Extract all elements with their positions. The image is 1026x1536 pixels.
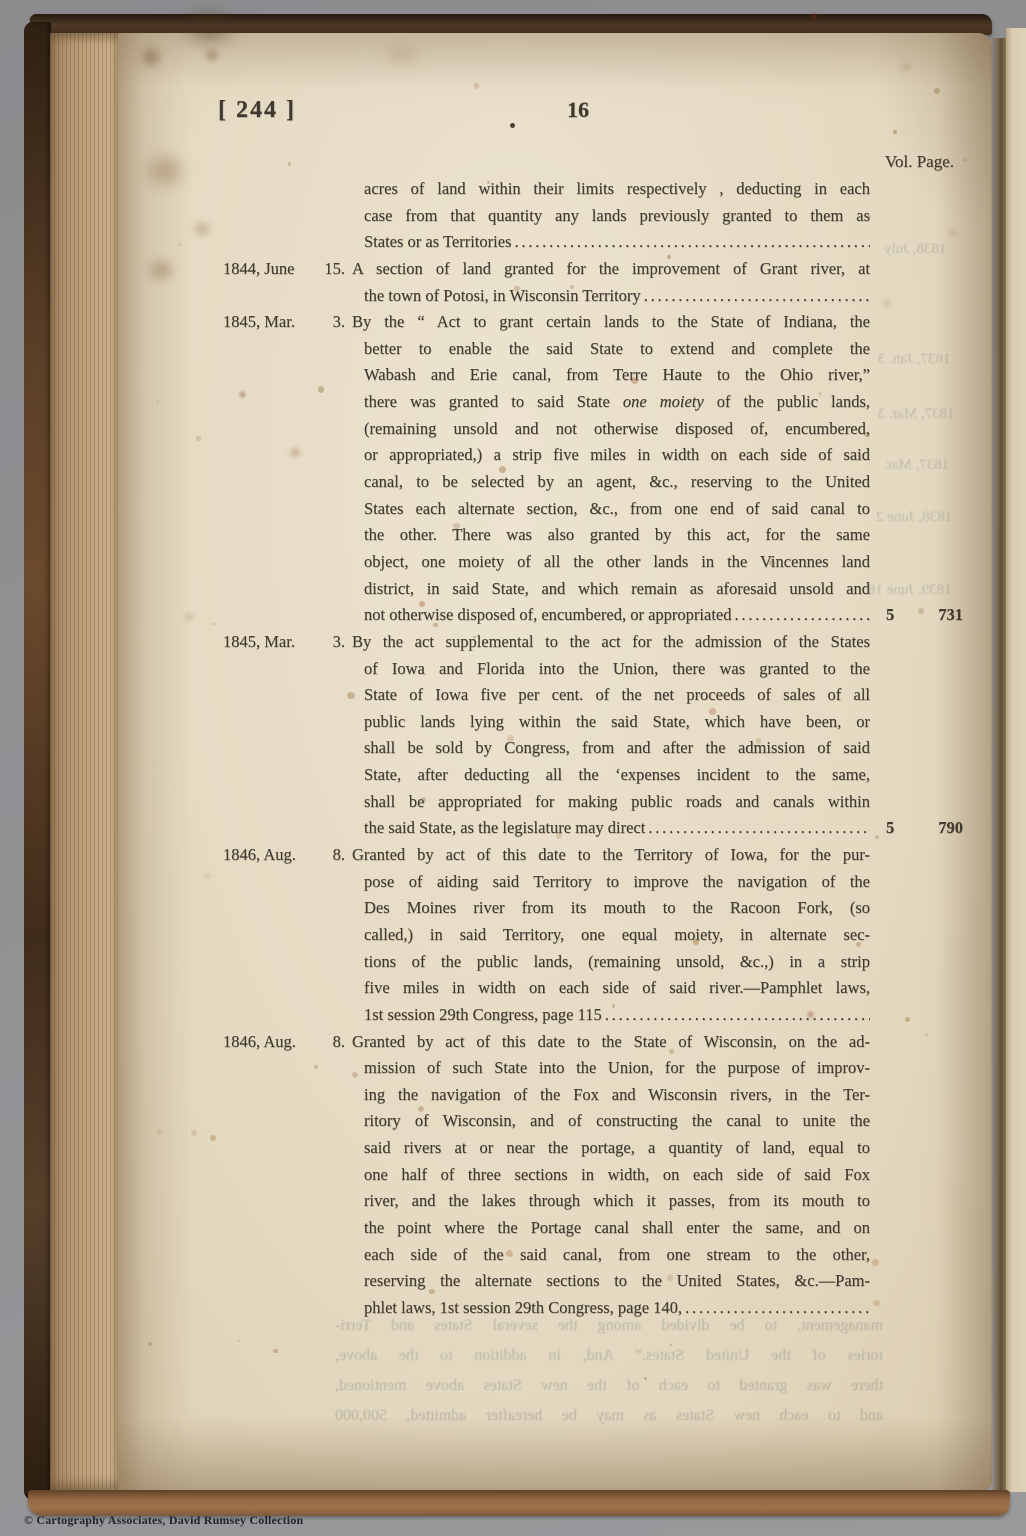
entry-line: better to enable the said State to exten… xyxy=(350,336,870,363)
entry-line: acres of land within their limits respec… xyxy=(350,176,870,203)
dot-leader: ........................................… xyxy=(511,229,870,256)
text-run: there was granted to said State xyxy=(364,392,623,411)
entry-line: Granted by act of this date to the State… xyxy=(350,1029,870,1056)
entry-date: 1846, Aug.8. xyxy=(223,1029,350,1056)
adjacent-page-edge xyxy=(1006,28,1026,1492)
entry-line: the other. There was also granted by thi… xyxy=(350,522,870,549)
text-run: of Iowa and Florida into the Union, ther… xyxy=(364,659,870,678)
ledger-entry: acres of land within their limits respec… xyxy=(223,176,965,256)
entry-text: Granted by act of this date to the Terri… xyxy=(350,842,870,1028)
entry-date: 1845, Mar.3. xyxy=(223,629,350,656)
entry-line: case from that quantity any lands previo… xyxy=(350,203,870,230)
photo-backdrop: [ 244 ] 16 Vol. Page. acres of land with… xyxy=(0,0,1026,1536)
column-header-vol-page: Vol. Page. xyxy=(885,152,954,172)
speckle xyxy=(288,162,291,165)
text-run: of the public lands, xyxy=(704,392,870,411)
entry-line: reserving the alternate sections to the … xyxy=(350,1268,870,1295)
text-run: case from that quantity any lands previo… xyxy=(364,206,870,225)
text-run: mission of such State into the Union, fo… xyxy=(364,1058,870,1077)
entry-line: the town of Potosi, in Wisconsin Territo… xyxy=(350,283,870,310)
dot-leader: ........................................… xyxy=(682,1295,870,1322)
entry-line: the point where the Portage canal shall … xyxy=(350,1215,870,1242)
entry-line-text: the said State, as the legislature may d… xyxy=(364,815,645,842)
text-run: one half of three sections in width, on … xyxy=(364,1165,870,1184)
italic-phrase: one moiety xyxy=(623,392,704,411)
entry-line: (remaining unsold and not otherwise disp… xyxy=(350,416,870,443)
entry-date-main: 1845, Mar. xyxy=(223,629,295,656)
entry-date-day: 8. xyxy=(333,842,345,869)
entry-line: tions of the public lands, (remaining un… xyxy=(350,949,870,976)
book-cover-spine xyxy=(24,22,51,1500)
text-run: the point where the Portage canal shall … xyxy=(364,1218,870,1237)
entry-line: one half of three sections in width, on … xyxy=(350,1162,870,1189)
text-run: object, one moiety of all the other land… xyxy=(364,552,870,571)
entry-line: States or as Territories................… xyxy=(350,229,870,256)
dot-leader: ........................................… xyxy=(641,283,870,310)
book-cover-top-edge xyxy=(30,14,992,35)
text-run: or appropriated,) a strip five miles in … xyxy=(364,445,870,464)
entry-line: A section of land granted for the improv… xyxy=(350,256,870,283)
entry-date-main: 1844, June xyxy=(223,256,295,283)
speckle xyxy=(212,623,215,626)
copyright-caption: © Cartography Associates, David Rumsey C… xyxy=(24,1513,303,1528)
entry-line-text: phlet laws, 1st session 29th Congress, p… xyxy=(364,1295,682,1322)
ledger-entry: 1845, Mar.3.By the act supplemental to t… xyxy=(223,629,965,842)
entry-line: each side of the said canal, from one st… xyxy=(350,1242,870,1269)
entry-date: 1845, Mar.3. xyxy=(223,309,350,336)
entry-text: By the act supplemental to the act for t… xyxy=(350,629,870,842)
ledger-entry: 1845, Mar.3.By the “ Act to grant certai… xyxy=(223,309,965,629)
entry-line: not otherwise disposed of, encumbered, o… xyxy=(350,602,870,629)
entry-date xyxy=(223,176,350,203)
ledger-entry: 1846, Aug.8.Granted by act of this date … xyxy=(223,842,965,1028)
entry-date: 1844, June15. xyxy=(223,256,350,283)
text-run: the said State, as the legislature may d… xyxy=(364,818,645,837)
text-run: By the “ Act to grant certain lands to t… xyxy=(352,312,870,331)
speckle xyxy=(238,1340,241,1343)
entry-date-day: 15. xyxy=(324,256,345,283)
speckle xyxy=(196,436,201,441)
entry-line: State of Iowa five per cent. of the net … xyxy=(350,682,870,709)
entry-line: the said State, as the legislature may d… xyxy=(350,815,870,842)
text-run: reserving the alternate sections to the … xyxy=(364,1271,870,1290)
text-run: tions of the public lands, (remaining un… xyxy=(364,952,870,971)
ghost-line: there was granted to each of the new Sta… xyxy=(335,1377,883,1407)
text-run: A section of land granted for the improv… xyxy=(352,259,870,278)
entry-line: there was granted to said State one moie… xyxy=(350,389,870,416)
speckle xyxy=(670,1344,672,1346)
text-run: canal, to be selected by an agent, &c., … xyxy=(364,472,870,491)
text-run: each side of the said canal, from one st… xyxy=(364,1245,870,1264)
speckle xyxy=(148,1342,152,1346)
text-run: 1st session 29th Congress, page 115 xyxy=(364,1005,602,1024)
text-run: States or as Territories xyxy=(364,232,511,251)
text-run: ing the navigation of the Fox and Wiscon… xyxy=(364,1085,870,1104)
text-run: better to enable the said State to exten… xyxy=(364,339,870,358)
volume-number: 5 xyxy=(886,602,894,629)
entry-line: five miles in width on each side of said… xyxy=(350,975,870,1002)
entry-text: Granted by act of this date to the State… xyxy=(350,1029,870,1322)
entry-line: public lands lying within the said State… xyxy=(350,709,870,736)
speckle xyxy=(474,83,480,89)
entry-text: By the “ Act to grant certain lands to t… xyxy=(350,309,870,629)
ghost-line: and to each new States as may be hereaft… xyxy=(335,1407,883,1437)
ledger-entry: 1846, Aug.8.Granted by act of this date … xyxy=(223,1029,965,1322)
text-run: Des Moines river from its mouth to the R… xyxy=(364,898,870,917)
bracket-page-number: [ 244 ] xyxy=(218,97,296,124)
entry-line-text: States or as Territories xyxy=(364,229,511,256)
entry-line: ritory of Wisconsin, and of constructing… xyxy=(350,1108,870,1135)
speckle xyxy=(893,130,897,134)
text-run: said rivers at or near the portage, a qu… xyxy=(364,1138,870,1157)
entry-line: Granted by act of this date to the Terri… xyxy=(350,842,870,869)
speckle xyxy=(191,1130,197,1136)
book-page: [ 244 ] 16 Vol. Page. acres of land with… xyxy=(118,33,992,1491)
entry-line: object, one moiety of all the other land… xyxy=(350,549,870,576)
speckle xyxy=(963,158,967,162)
entry-text: A section of land granted for the improv… xyxy=(350,256,870,309)
entry-date-main: 1845, Mar. xyxy=(223,309,295,336)
text-run: not otherwise disposed of, encumbered, o… xyxy=(364,605,731,624)
entry-line: said rivers at or near the portage, a qu… xyxy=(350,1135,870,1162)
text-run: Granted by act of this date to the State… xyxy=(352,1032,870,1051)
entry-line: called,) in said Territory, one equal mo… xyxy=(350,922,870,949)
entry-line: 1st session 29th Congress, page 115.....… xyxy=(350,1002,870,1029)
text-run: By the act supplemental to the act for t… xyxy=(352,632,870,651)
text-run: river, and the lakes through which it pa… xyxy=(364,1191,870,1210)
speckle xyxy=(934,88,940,94)
entry-line: Des Moines river from its mouth to the R… xyxy=(350,895,870,922)
dot-leader: ........................................… xyxy=(731,602,870,629)
entry-line: or appropriated,) a strip five miles in … xyxy=(350,442,870,469)
text-run: ritory of Wisconsin, and of constructing… xyxy=(364,1111,870,1130)
entry-line: State, after deducting all the ‘expenses… xyxy=(350,762,870,789)
text-run: the town of Potosi, in Wisconsin Territo… xyxy=(364,286,641,305)
text-run: public lands lying within the said State… xyxy=(364,712,870,731)
page-reference-number: 790 xyxy=(918,815,963,842)
printed-page-number: 16 xyxy=(548,97,608,123)
entry-line: Wabash and Erie canal, from Terre Haute … xyxy=(350,362,870,389)
entry-date-main: 1846, Aug. xyxy=(223,842,296,869)
speckle xyxy=(157,401,159,403)
entry-date-day: 3. xyxy=(333,629,345,656)
speckle xyxy=(178,243,180,245)
entry-date-day: 3. xyxy=(333,309,345,336)
speckle xyxy=(644,1377,647,1380)
entry-line: mission of such State into the Union, fo… xyxy=(350,1055,870,1082)
text-run: shall be appropriated for making public … xyxy=(364,792,870,811)
entry-line: States each alternate section, &c., from… xyxy=(350,496,870,523)
entry-text: acres of land within their limits respec… xyxy=(350,176,870,256)
entry-line: river, and the lakes through which it pa… xyxy=(350,1188,870,1215)
entry-line: shall be sold by Congress, from and afte… xyxy=(350,735,870,762)
text-run: States each alternate section, &c., from… xyxy=(364,499,870,518)
text-run: shall be sold by Congress, from and afte… xyxy=(364,738,870,757)
text-run: five miles in width on each side of said… xyxy=(364,978,870,997)
text-run: Wabash and Erie canal, from Terre Haute … xyxy=(364,365,870,384)
entry-date-day: 8. xyxy=(333,1029,345,1056)
entry-line: of Iowa and Florida into the Union, ther… xyxy=(350,656,870,683)
entry-line-text: the town of Potosi, in Wisconsin Territo… xyxy=(364,283,641,310)
ledger-entry: 1844, June15.A section of land granted f… xyxy=(223,256,965,309)
page-reference-number: 731 xyxy=(918,602,963,629)
entry-date: 1846, Aug.8. xyxy=(223,842,350,869)
entry-line: By the “ Act to grant certain lands to t… xyxy=(350,309,870,336)
text-run: the other. There was also granted by thi… xyxy=(364,525,870,544)
entry-date-main: 1846, Aug. xyxy=(223,1029,296,1056)
ink-speck xyxy=(510,123,515,128)
text-run: called,) in said Territory, one equal mo… xyxy=(364,925,870,944)
entry-line: By the act supplemental to the act for t… xyxy=(350,629,870,656)
entry-line: ing the navigation of the Fox and Wiscon… xyxy=(350,1082,870,1109)
speckle xyxy=(273,1349,278,1354)
entry-line: district, in said State, and which remai… xyxy=(350,576,870,603)
text-run: phlet laws, 1st session 29th Congress, p… xyxy=(364,1298,682,1317)
entry-line: phlet laws, 1st session 29th Congress, p… xyxy=(350,1295,870,1322)
text-run: State, after deducting all the ‘expenses… xyxy=(364,765,870,784)
text-run: acres of land within their limits respec… xyxy=(364,179,870,198)
entry-line: pose of aiding said Territory to improve… xyxy=(350,869,870,896)
entry-line-text: not otherwise disposed of, encumbered, o… xyxy=(364,602,731,629)
entry-line-text: 1st session 29th Congress, page 115 xyxy=(364,1002,602,1029)
entry-line: shall be appropriated for making public … xyxy=(350,789,870,816)
text-run: (remaining unsold and not otherwise disp… xyxy=(364,419,870,438)
dot-leader: ........................................… xyxy=(602,1002,870,1029)
dot-leader: ........................................… xyxy=(645,815,870,842)
entry-line: canal, to be selected by an agent, &c., … xyxy=(350,469,870,496)
page-edge-stack xyxy=(50,33,120,1491)
text-run: State of Iowa five per cent. of the net … xyxy=(364,685,870,704)
text-run: district, in said State, and which remai… xyxy=(364,579,870,598)
ghost-line: tories of the United States.” And, in ad… xyxy=(335,1347,883,1377)
text-run: Granted by act of this date to the Terri… xyxy=(352,845,870,864)
ledger-entries: acres of land within their limits respec… xyxy=(223,176,965,1322)
text-run: pose of aiding said Territory to improve… xyxy=(364,872,870,891)
volume-number: 5 xyxy=(886,815,894,842)
speckle xyxy=(210,1135,216,1141)
